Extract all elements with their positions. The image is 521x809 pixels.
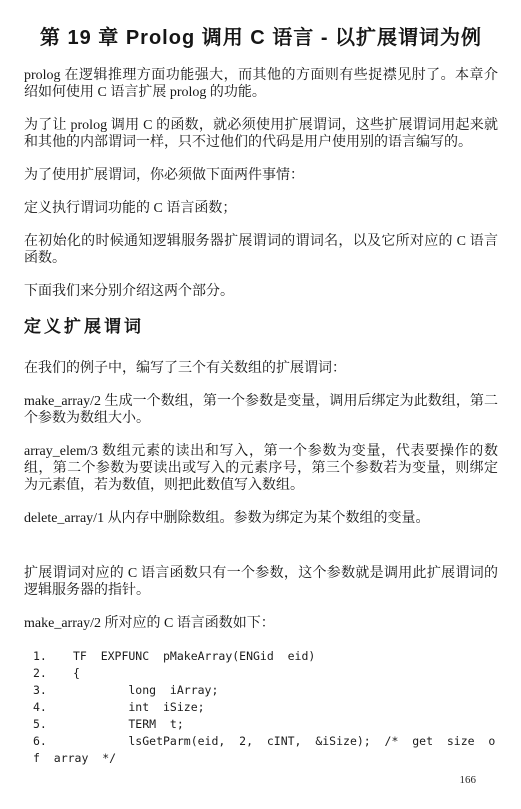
code-line-4: 4. int iSize; bbox=[33, 699, 498, 716]
code-line-number: 2. bbox=[33, 665, 73, 682]
code-line-text: int iSize; bbox=[73, 700, 205, 714]
intro-paragraph-6: 下面我们来分别介绍这两个部分。 bbox=[24, 283, 498, 300]
page-number: 166 bbox=[460, 774, 477, 786]
code-line-text: lsGetParm(eid, 2, cINT, &iSize); /* get … bbox=[73, 734, 495, 748]
code-block: 1.TF EXPFUNC pMakeArray(ENGid eid) 2.{ 3… bbox=[33, 648, 498, 767]
section-paragraph-3: array_elem/3 数组元素的读出和写入，第一个参数为变量，代表要操作的数… bbox=[24, 443, 498, 494]
section-paragraph-4: delete_array/1 从内存中删除数组。参数为绑定为某个数组的变量。 bbox=[24, 510, 498, 527]
intro-paragraph-4: 定义执行谓词功能的 C 语言函数； bbox=[24, 200, 498, 217]
code-line-number: 3. bbox=[33, 682, 73, 699]
code-line-text: f array */ bbox=[33, 751, 116, 765]
intro-paragraph-1: prolog 在逻辑推理方面功能强大，而其他的方面则有些捉襟见肘了。本章介绍如何… bbox=[24, 67, 498, 101]
code-line-5: 5. TERM t; bbox=[33, 716, 498, 733]
section-heading: 定义扩展谓词 bbox=[24, 316, 498, 338]
code-line-number: 4. bbox=[33, 699, 73, 716]
intro-paragraph-3: 为了使用扩展谓词，你必须做下面两件事情： bbox=[24, 167, 498, 184]
chapter-title: 第 19 章 Prolog 调用 C 语言 - 以扩展谓词为例 bbox=[24, 26, 498, 50]
section-paragraph-1: 在我们的例子中，编写了三个有关数组的扩展谓词： bbox=[24, 360, 498, 377]
code-line-text: TERM t; bbox=[73, 717, 184, 731]
code-line-number: 5. bbox=[33, 716, 73, 733]
code-line-text: TF EXPFUNC pMakeArray(ENGid eid) bbox=[73, 649, 315, 663]
code-line-text: { bbox=[73, 666, 80, 680]
section-paragraph-6: make_array/2 所对应的 C 语言函数如下： bbox=[24, 615, 498, 632]
code-line-2: 2.{ bbox=[33, 665, 498, 682]
code-line-number: 1. bbox=[33, 648, 73, 665]
code-line-6: 6. lsGetParm(eid, 2, cINT, &iSize); /* g… bbox=[33, 733, 498, 750]
document-page: 第 19 章 Prolog 调用 C 语言 - 以扩展谓词为例 prolog 在… bbox=[0, 0, 521, 809]
intro-paragraph-5: 在初始化的时候通知逻辑服务器扩展谓词的谓词名，以及它所对应的 C 语言函数。 bbox=[24, 233, 498, 267]
code-line-text: long iArray; bbox=[73, 683, 218, 697]
code-line-number: 6. bbox=[33, 733, 73, 750]
code-line-6-wrap: f array */ bbox=[33, 750, 498, 767]
code-line-1: 1.TF EXPFUNC pMakeArray(ENGid eid) bbox=[33, 648, 498, 665]
section-paragraph-2: make_array/2 生成一个数组，第一个参数是变量，调用后绑定为此数组，第… bbox=[24, 393, 498, 427]
code-line-3: 3. long iArray; bbox=[33, 682, 498, 699]
section-paragraph-5: 扩展谓词对应的 C 语言函数只有一个参数，这个参数就是调用此扩展谓词的逻辑服务器… bbox=[24, 565, 498, 599]
intro-paragraph-2: 为了让 prolog 调用 C 的函数，就必须使用扩展谓词，这些扩展谓词用起来就… bbox=[24, 117, 498, 151]
